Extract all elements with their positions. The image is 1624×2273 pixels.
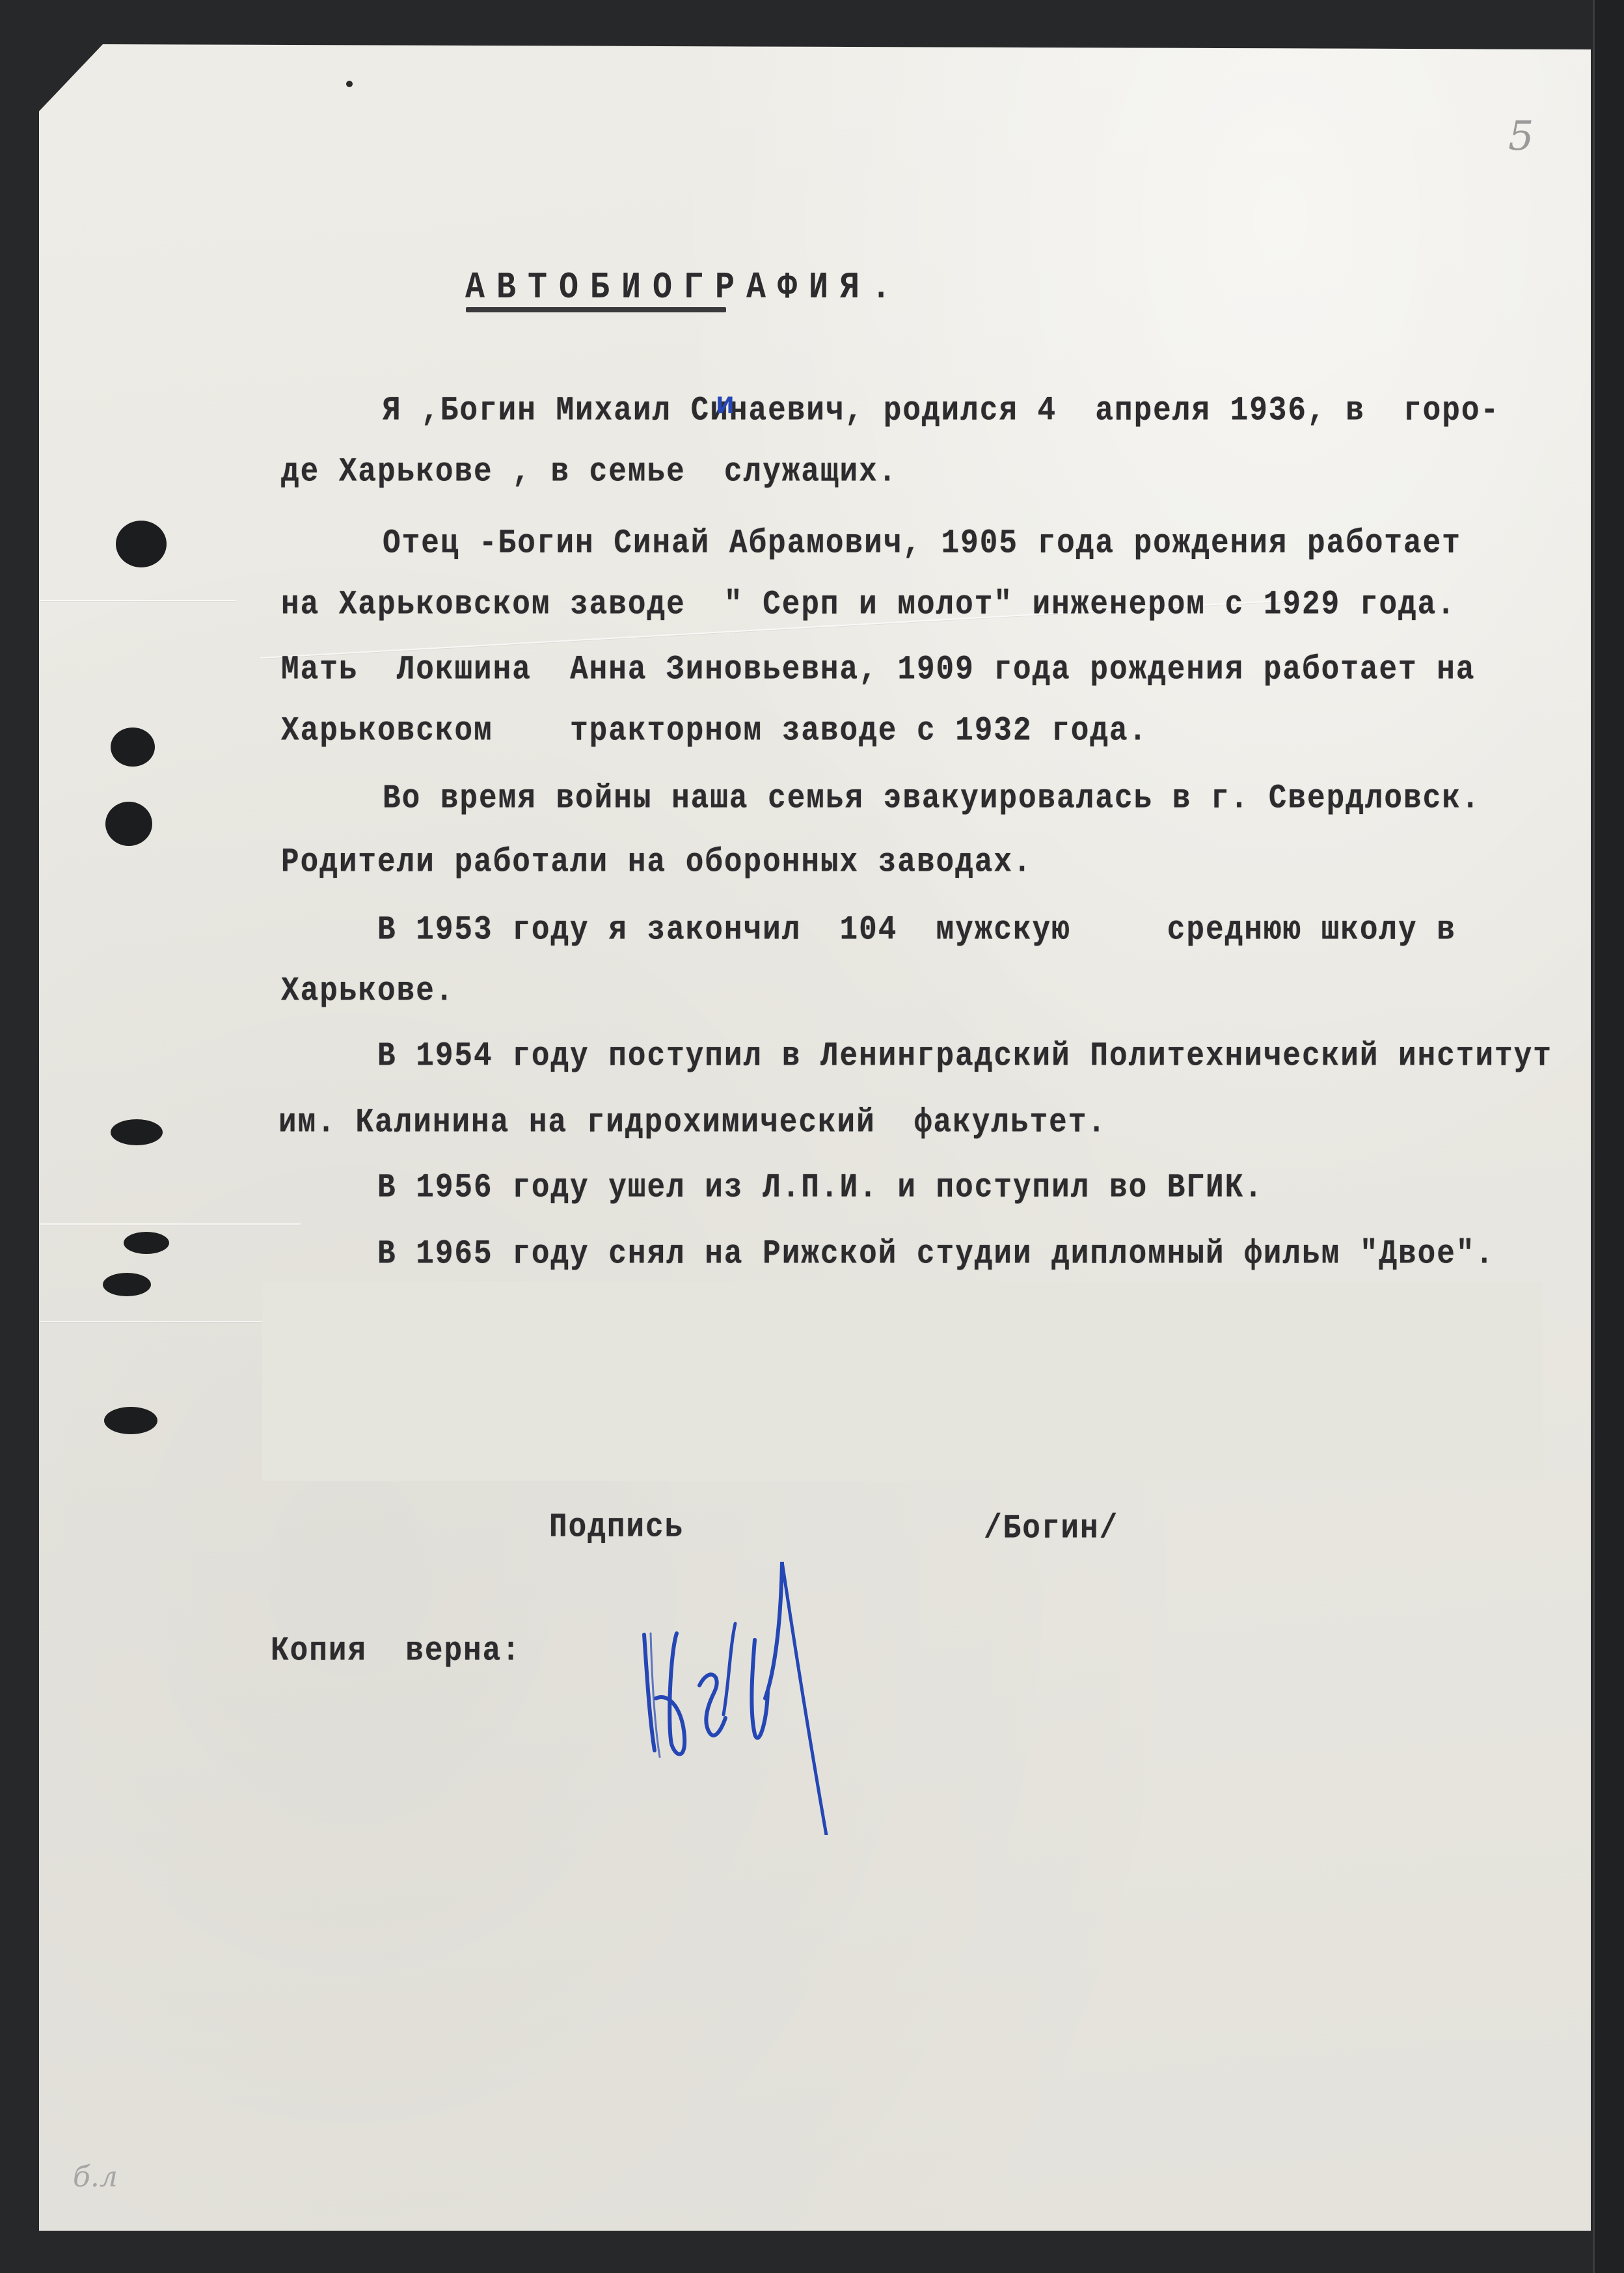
punch-hole	[103, 1273, 151, 1296]
text-line: Харьковском тракторном заводе с 1932 год…	[281, 712, 1148, 750]
archive-note: б.л	[73, 2160, 118, 2194]
text-line: на Харьковском заводе " Серп и молот" ин…	[281, 586, 1456, 623]
text-line: Во время войны наша семья эвакуировалась…	[383, 780, 1480, 817]
text-line: В 1954 году поступил в Ленинградский Пол…	[377, 1037, 1552, 1075]
scanner-frame-edge	[1593, 0, 1624, 2273]
paper-crease	[40, 600, 236, 601]
handwritten-signature	[638, 1562, 937, 1835]
text-line: В 1953 году я закончил 104 мужскую средн…	[377, 911, 1456, 949]
certification-label: Копия верна:	[271, 1632, 521, 1670]
document-title: АВТОБИОГРАФИЯ.	[465, 267, 902, 310]
text-line: В 1956 году ушел из Л.П.И. и поступил во…	[377, 1169, 1264, 1206]
handwritten-correction: и	[716, 388, 735, 423]
text-line: Харькове.	[281, 972, 454, 1010]
title-underline	[466, 307, 726, 312]
text-line: Родители работали на оборонных заводах.	[281, 843, 1033, 881]
signature-label: Подпись	[549, 1508, 684, 1546]
text-line: им. Калинина на гидрохимический факульте…	[278, 1104, 1107, 1141]
punch-hole	[111, 728, 155, 767]
paper-crease	[40, 1321, 301, 1322]
text-line: В 1965 году снял на Рижской студии дипло…	[377, 1235, 1495, 1273]
punch-hole	[111, 1119, 163, 1145]
paper-crease	[40, 1223, 301, 1225]
page-number: 5	[1508, 112, 1534, 159]
punch-hole	[105, 802, 152, 846]
text-line: Мать Локшина Анна Зиновьевна, 1909 года …	[281, 651, 1475, 688]
punch-hole	[116, 521, 167, 567]
text-line: Отец -Богин Синай Абрамович, 1905 года р…	[383, 524, 1461, 562]
punch-hole	[124, 1232, 169, 1254]
punch-hole	[104, 1407, 157, 1434]
ink-speck	[346, 81, 353, 87]
signatory-name: /Богин/	[984, 1510, 1118, 1547]
redacted-block	[262, 1282, 1543, 1481]
text-line: Я ,Богин Михаил Синаевич, родился 4 апре…	[383, 392, 1500, 429]
text-line: де Харькове , в семье служащих.	[281, 453, 897, 491]
